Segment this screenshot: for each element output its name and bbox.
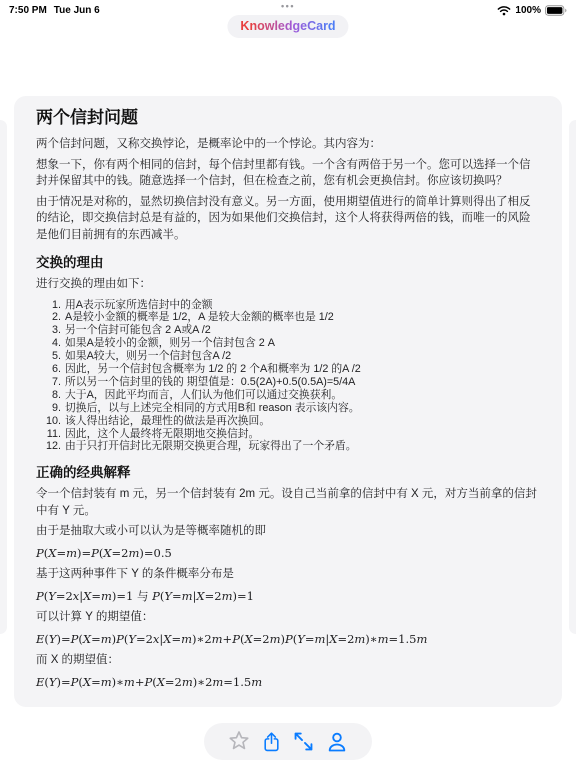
expand-icon — [292, 730, 315, 753]
profile-button[interactable] — [325, 730, 349, 754]
app-title-pill: KnowledgeCard — [227, 15, 348, 38]
intro-paragraph: 想象一下，你有两个相同的信封，每个信封里都有钱。一个含有两倍于另一个。您可以选择… — [36, 157, 540, 190]
star-icon — [227, 730, 251, 753]
reason-item: 大于A，因此平均而言，人们认为他们可以通过交换获利。 — [64, 389, 540, 402]
status-indicators: 100% — [497, 5, 567, 16]
reason-item: 切换后，以与上述完全相同的方式用B和 reason 表示该内容。 — [64, 402, 540, 415]
next-card-edge[interactable] — [569, 120, 576, 634]
reason-item: 如果A较大，则另一个信封包含A /2 — [64, 350, 540, 363]
reason-item: 因此，这个人最终将无限期地交换信封。 — [64, 428, 540, 441]
reason-item: 因此，另一个信封包含概率为 1/2 的 2 个A和概率为 1/2 的A /2 — [64, 363, 540, 376]
explanation-paragraph: 由于是抽取大或小可以认为是等概率随机的即 — [36, 523, 540, 540]
status-time-date: 7:50 PM Tue Jun 6 — [9, 5, 100, 16]
reason-item: 用A表示玩家所选信封中的金额 — [64, 299, 540, 312]
intro-paragraph: 由于情况是对称的，显然切换信封没有意义。另一方面，使用期望值进行的简单计算则得出… — [36, 194, 540, 244]
status-date: Tue Jun 6 — [54, 5, 100, 16]
card-title: 两个信封问题 — [36, 107, 540, 129]
expand-button[interactable] — [292, 730, 315, 753]
reason-item: 所以另一个信封里的钱的 期望值是：0.5(2A)+0.5(0.5A)=5/4A — [64, 376, 540, 389]
reason-item: 由于只打开信封比无限期交换更合理，玩家得出了一个矛盾。 — [64, 440, 540, 453]
math-formula: E(Y)=P(X=m)∗m+P(X=2m)∗2m=1.5m — [36, 674, 540, 691]
math-formula: P(Y=2x|X=m)=1 与 P(Y=m|X=2m)=1 — [36, 588, 540, 605]
math-formula: E(Y)=P(X=m)P(Y=2x|X=m)∗2m+P(X=2m)P(Y=m|X… — [36, 631, 540, 648]
reason-item: A是较小金额的概率是 1/2，A 是较大金额的概率也是 1/2 — [64, 311, 540, 324]
reasons-list: 用A表示玩家所选信封中的金额 A是较小金额的概率是 1/2，A 是较大金额的概率… — [36, 299, 540, 454]
knowledge-card[interactable]: 两个信封问题 两个信封问题，又称交换悖论，是概率论中的一个悖论。其内容为： 想象… — [14, 96, 562, 707]
wifi-icon — [497, 5, 511, 16]
math-formula: P(X=m)=P(X=2m)=0.5 — [36, 545, 540, 562]
explanation-paragraph: 而 X 的期望值： — [36, 652, 540, 669]
section-heading-explanation: 正确的经典解释 — [36, 463, 540, 482]
favorite-button[interactable] — [227, 730, 251, 753]
bottom-toolbar — [204, 723, 372, 760]
section-heading-reasons: 交换的理由 — [36, 253, 540, 272]
share-icon — [261, 729, 282, 754]
person-icon — [325, 730, 349, 754]
battery-icon — [545, 5, 567, 16]
explanation-paragraph: 基于这两种事件下 Y 的条件概率分布是 — [36, 566, 540, 583]
explanation-paragraph: 令一个信封装有 m 元，另一个信封装有 2m 元。设自己当前拿的信封中有 X 元… — [36, 486, 540, 519]
battery-percent: 100% — [515, 5, 541, 16]
reason-item: 如果A是较小的金额，则另一个信封包含 2 A — [64, 337, 540, 350]
intro-paragraph: 两个信封问题，又称交换悖论，是概率论中的一个悖论。其内容为： — [36, 136, 540, 153]
explanation-section: 正确的经典解释 令一个信封装有 m 元，另一个信封装有 2m 元。设自己当前拿的… — [36, 463, 540, 690]
app-title: KnowledgeCard — [240, 19, 335, 33]
previous-card-edge[interactable] — [0, 120, 7, 634]
reasons-lead: 进行交换的理由如下： — [36, 276, 540, 293]
explanation-paragraph: 可以计算 Y 的期望值： — [36, 609, 540, 626]
multitask-dots-icon[interactable]: ••• — [281, 1, 295, 11]
reason-item: 另一个信封可能包含 2 A或A /2 — [64, 324, 540, 337]
share-button[interactable] — [261, 729, 282, 754]
status-time: 7:50 PM — [9, 5, 47, 16]
reason-item: 该人得出结论，最理性的做法是再次换回。 — [64, 415, 540, 428]
